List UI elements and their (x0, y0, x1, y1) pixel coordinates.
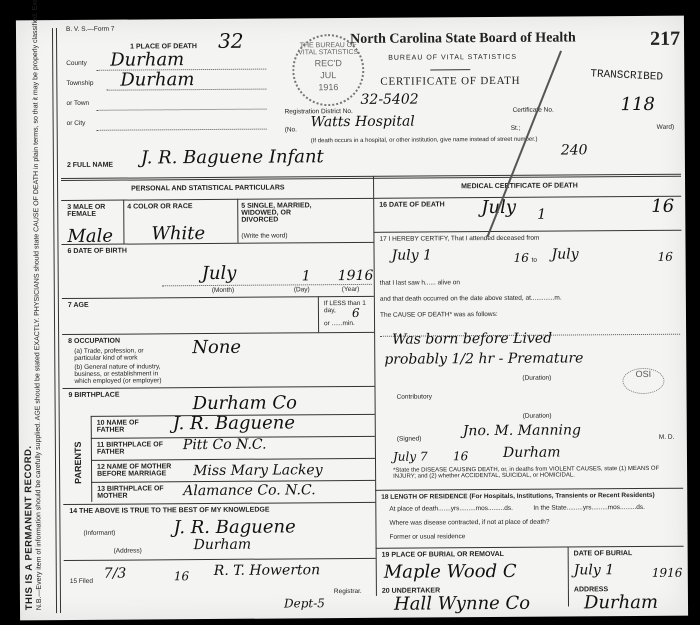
township-value: Durham (120, 69, 194, 91)
town-label: or Town (66, 100, 89, 107)
margin-instructions: THIS IS A PERMANENT RECORD. N.B.—Every i… (14, 90, 52, 610)
undertaker-value: Hall Wynne Co (394, 593, 530, 615)
signed-address: Durham (503, 445, 561, 461)
father-value: J. R. Baguene (173, 412, 295, 434)
institution-note: (If death occurs in a hospital, or other… (311, 137, 538, 145)
street-label: St.; (511, 125, 521, 132)
page-number: 32 (218, 29, 244, 53)
cause-label: The CAUSE OF DEATH* was as follows: (380, 311, 498, 319)
contracted-label: Where was disease contracted, if not at … (389, 519, 549, 527)
to-label: to (532, 257, 537, 264)
institution-no-label: (No. (285, 126, 297, 133)
mother-value: Miss Mary Lackey (193, 462, 323, 479)
less-than-label: If LESS than 1 day, (324, 300, 374, 314)
county-value: Durham (110, 49, 184, 71)
occupation-b-label: (b) General nature of industry, business… (74, 363, 174, 385)
cause-line-1: Was born before Lived (392, 331, 552, 348)
transcribed-stamp: TRANSCRIBED (590, 68, 663, 83)
sex-label: 3 MALE OR FEMALE (67, 204, 117, 218)
birthplace-label: 9 BIRTHPLACE (69, 392, 120, 399)
institution-value: Watts Hospital (311, 114, 415, 131)
signed-year: 16 (453, 449, 468, 463)
father-birthplace-label: 11 BIRTHPLACE OF FATHER (97, 441, 167, 455)
burial-value: Maple Wood C (384, 561, 517, 583)
signed-value: Jno. M. Manning (463, 422, 581, 439)
occupation-value: None (192, 337, 241, 358)
full-name-label: 2 FULL NAME (67, 162, 113, 169)
attended-from: July 1 (392, 247, 432, 263)
occupation-label: 8 OCCUPATION (68, 338, 120, 345)
certificate-no-label: Certificate No. (513, 107, 554, 114)
certificate-title: CERTIFICATE OF DEATH (380, 75, 520, 88)
registrar-label: Registrar. (334, 588, 362, 595)
in-state-label: In the State.........yrs.........mos....… (533, 504, 645, 512)
informant-value: J. R. Baguene (173, 516, 295, 538)
cause-footnote: *State the DISEASE CAUSING DEATH, or, in… (393, 466, 683, 480)
burial-label: 19 PLACE OF BURIAL OR REMOVAL (382, 551, 504, 559)
bottom-note: Dept-5 (284, 596, 325, 610)
personal-section-title: PERSONAL AND STATISTICAL PARTICULARS (131, 184, 285, 192)
hours-value: 6 (352, 306, 360, 320)
certify-label: 17 I HEREBY CERTIFY, That I attended dec… (379, 235, 539, 243)
duration-label-1: (Duration) (522, 375, 551, 382)
attended-to-year: 16 (658, 250, 673, 264)
board-title: North Carolina State Board of Health (350, 30, 576, 48)
cause-line-2: probably 1/2 hr - Premature (384, 350, 583, 367)
township-label: Township (66, 80, 93, 87)
at-place-label: At place of death.......yrs.........mos.… (389, 505, 513, 513)
year-hint: (Year) (342, 286, 360, 293)
burial-date-value: July 1 (574, 562, 614, 578)
marital-label: 5 SINGLE, MARRIED, WIDOWED, or DIVORCED (241, 202, 321, 224)
informant-section-label: 14 THE ABOVE IS TRUE TO THE BEST OF MY K… (69, 507, 269, 515)
dob-month: July (202, 263, 237, 284)
last-saw-label: that I last saw h...... alive on (380, 279, 460, 287)
duration-label-2: (Duration) (523, 413, 552, 420)
contributory-label: Contributory (397, 393, 432, 400)
former-residence-label: Former or usual residence (390, 533, 466, 541)
signed-date: July 7 (393, 449, 428, 463)
mother-birthplace-value: Alamance Co. N.C. (183, 482, 316, 499)
burial-year: 1916 (652, 566, 683, 580)
registrar-name: R. T. Howerton (214, 562, 320, 579)
mother-label: 12 NAME OF MOTHER BEFORE MARRIAGE (97, 463, 177, 478)
dob-label: 6 DATE OF BIRTH (68, 248, 127, 255)
death-day: 1 (537, 207, 546, 223)
mother-birthplace-label: 13 BIRTHPLACE OF MOTHER (97, 485, 167, 499)
undertaker-address-value: Durham (584, 592, 658, 614)
age-label: 7 AGE (68, 302, 89, 309)
father-label: 10 NAME OF FATHER (97, 419, 167, 433)
md-label: M. D. (659, 434, 675, 441)
dob-year: 1916 (338, 268, 374, 284)
full-name-value: J. R. Baguene Infant (141, 146, 324, 168)
birthplace-value: Durham Co (193, 392, 298, 414)
residence-label: 18 LENGTH OF RESIDENCE (For Hospitals, I… (381, 492, 654, 501)
month-hint: (Month) (212, 287, 234, 294)
dob-day: 1 (302, 268, 311, 284)
ward-label: Ward) (657, 124, 675, 131)
signed-label: (Signed) (397, 436, 422, 443)
filed-date: 7/3 (104, 566, 127, 582)
informant-address-value: Durham (194, 537, 252, 553)
county-label: County (66, 60, 87, 67)
informant-label: (Informant) (83, 530, 115, 537)
stamp-number: 217 (650, 28, 680, 51)
permanent-record-heading: THIS IS A PERMANENT RECORD. (23, 445, 35, 610)
filed-year: 16 (174, 569, 189, 583)
min-label: or ......min. (324, 320, 355, 327)
marital-hint: (Write the word) (241, 232, 287, 239)
parents-label: PARENTS (73, 442, 83, 484)
form-id: B. V. S.—Form 7 (66, 26, 115, 33)
attended-from-year: 16 (514, 251, 529, 265)
certificate-form: B. V. S.—Form 7 1 PLACE OF DEATH 32 THE … (60, 20, 680, 614)
race-label: 4 COLOR OR RACE (127, 203, 192, 210)
attended-to: July (552, 246, 579, 262)
medical-section-title: MEDICAL CERTIFICATE OF DEATH (461, 182, 578, 190)
bureau-title: BUREAU OF VITAL STATISTICS (388, 54, 517, 62)
race-value: White (151, 223, 205, 244)
informant-address-label: (Address) (114, 547, 142, 554)
registration-district-value: 32-5402 (360, 92, 418, 108)
occurred-label: and that death occurred on the date abov… (380, 295, 562, 303)
day-hint: (Day) (294, 286, 310, 293)
filed-label: 15 Filed (70, 578, 93, 585)
osi-stamp: OSI (622, 368, 664, 394)
death-certificate: THIS IS A PERMANENT RECORD. N.B.—Every i… (16, 16, 688, 621)
burial-date-label: DATE OF BURIAL (574, 550, 633, 557)
full-name-annotation: 240 (561, 142, 588, 158)
date-of-death-label: 16 DATE OF DEATH (379, 201, 445, 208)
father-birthplace-value: Pitt Co N.C. (183, 437, 267, 454)
occupation-a-label: (a) Trade, profession, or particular kin… (74, 347, 164, 362)
certificate-no-value: 118 (620, 94, 655, 115)
city-label: or City (67, 120, 86, 127)
death-year: 16 (651, 196, 674, 217)
